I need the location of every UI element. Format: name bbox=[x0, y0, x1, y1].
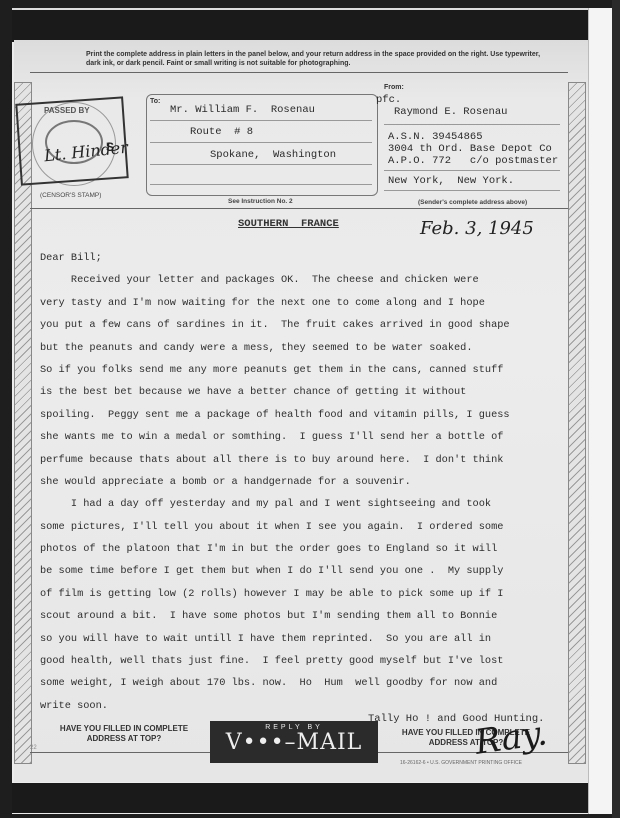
right-edge bbox=[612, 0, 620, 818]
letter-date: Feb. 3, 1945 bbox=[420, 218, 534, 239]
letter-line: perfume because thats about all there is… bbox=[40, 449, 565, 471]
bottom-dark-band bbox=[12, 783, 588, 813]
letter-line: So if you folks send me any more peanuts… bbox=[40, 359, 565, 381]
address-rule bbox=[150, 120, 372, 121]
letter-line: I had a day off yesterday and my pal and… bbox=[40, 493, 565, 515]
recipient-line: Spokane, Washington bbox=[210, 149, 336, 161]
right-hatched-margin bbox=[568, 82, 586, 764]
recipient-line: Mr. William F. Rosenau bbox=[170, 104, 315, 116]
censor-stamp-caption: (CENSOR'S STAMP) bbox=[40, 192, 101, 199]
letter-line: you put a few cans of sardines in it. Th… bbox=[40, 314, 565, 336]
address-reminder-left: HAVE YOU FILLED IN COMPLETE ADDRESS AT T… bbox=[54, 724, 194, 744]
censor-stamp-header: PASSED BY bbox=[44, 106, 90, 115]
divider bbox=[30, 72, 568, 73]
letter-line: scout around a bit. I have some photos b… bbox=[40, 605, 565, 627]
to-label: To: bbox=[150, 98, 160, 105]
address-rule bbox=[384, 170, 560, 171]
see-instruction-note: See Instruction No. 2 bbox=[228, 198, 293, 205]
letter-location: SOUTHERN FRANCE bbox=[238, 218, 339, 230]
address-rule bbox=[384, 190, 560, 191]
recipient-line: Route # 8 bbox=[190, 126, 253, 138]
right-margin bbox=[588, 8, 615, 814]
letter-line: be some time before I get them but when … bbox=[40, 560, 565, 582]
letter-line: some pictures, I'll tell you about it wh… bbox=[40, 516, 565, 538]
sender-line: 3004 th Ord. Base Depot Co bbox=[388, 143, 552, 155]
divider bbox=[30, 208, 568, 209]
address-rule bbox=[150, 164, 372, 165]
print-code: 16-26162-6 • U.S. GOVERNMENT PRINTING OF… bbox=[400, 760, 522, 766]
address-rule bbox=[384, 124, 560, 125]
top-dark-band bbox=[12, 8, 588, 42]
letter-line: so you will have to wait untill I have t… bbox=[40, 628, 565, 650]
form-instructions: Print the complete address in plain lett… bbox=[86, 50, 556, 68]
from-label: From: bbox=[384, 84, 404, 91]
sender-rank: pfc. bbox=[376, 94, 401, 106]
page-marker: 22 bbox=[30, 745, 37, 751]
letter-line: Received your letter and packages OK. Th… bbox=[40, 269, 565, 291]
letter-line: good health, well thats just fine. I fee… bbox=[40, 650, 565, 672]
salutation: Dear Bill; bbox=[40, 247, 565, 269]
letter-line: she would appreciate a bomb or a handger… bbox=[40, 471, 565, 493]
sender-line: A.P.O. 772 c/o postmaster bbox=[388, 155, 558, 167]
letter-line: of film is getting low (2 rolls) however… bbox=[40, 583, 565, 605]
letter-line: very tasty and I'm now waiting for the n… bbox=[40, 292, 565, 314]
vmail-logo: V•••–MAIL bbox=[210, 731, 378, 755]
sender-line: A.S.N. 39454865 bbox=[388, 131, 483, 143]
letter-line: is the best bet because we have a better… bbox=[40, 381, 565, 403]
letter-line: but the peanuts and candy were a mess, t… bbox=[40, 337, 565, 359]
vmail-logo-block: REPLY BY V•••–MAIL bbox=[210, 721, 378, 763]
letter-body: Dear Bill; Received your letter and pack… bbox=[40, 247, 565, 717]
divider bbox=[30, 752, 210, 753]
sender-caption: (Sender's complete address above) bbox=[418, 199, 527, 206]
letter-line: spoiling. Peggy sent me a package of hea… bbox=[40, 404, 565, 426]
address-rule bbox=[150, 142, 372, 143]
sender-line: Raymond E. Rosenau bbox=[394, 106, 507, 118]
address-rule bbox=[150, 184, 372, 185]
sender-line: New York, New York. bbox=[388, 175, 514, 187]
letter-line: she wants me to win a medal or somthing.… bbox=[40, 426, 565, 448]
letter-line: photos of the platoon that I'm in but th… bbox=[40, 538, 565, 560]
letter-line: some weight, I weigh about 170 lbs. now.… bbox=[40, 672, 565, 694]
